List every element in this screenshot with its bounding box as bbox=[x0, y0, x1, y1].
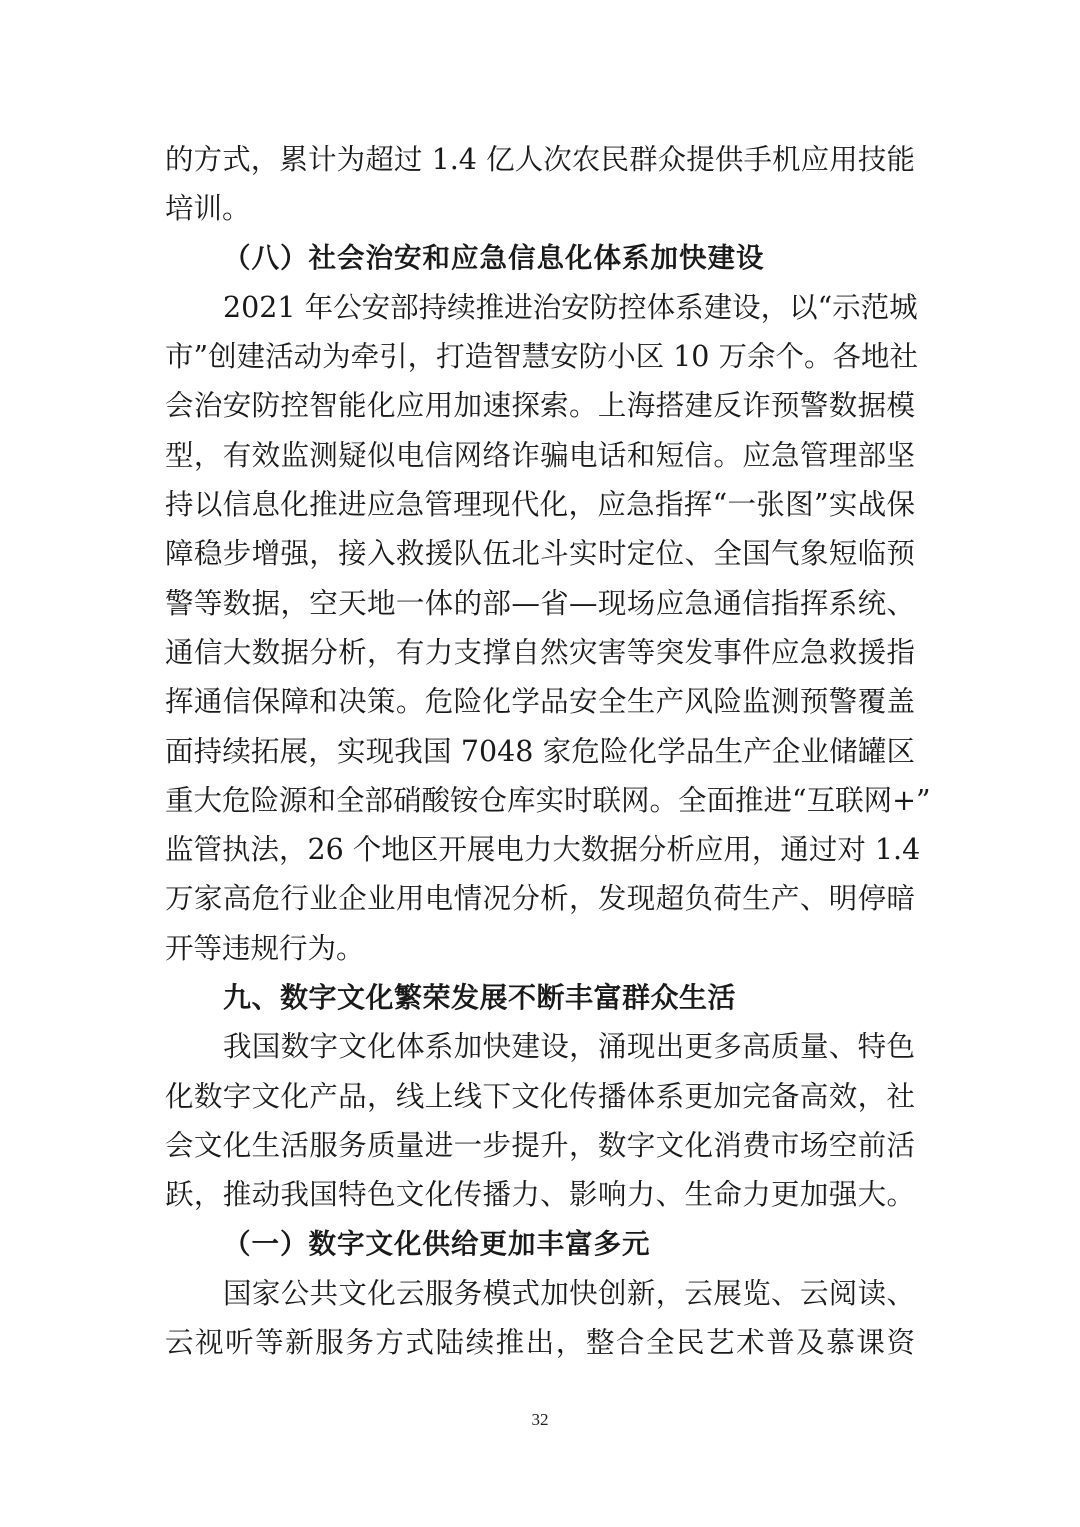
body-text-line: 障稳步增强，接入救援队伍北斗实时定位、全国气象短临预 bbox=[165, 529, 915, 578]
body-text-line: 培训。 bbox=[165, 184, 915, 233]
page-number: 32 bbox=[0, 1410, 1080, 1430]
body-text-line: 的方式，累计为超过 1.4 亿人次农民群众提供手机应用技能 bbox=[165, 135, 915, 184]
body-text-line: 型，有效监测疑似电信网络诈骗电话和短信。应急管理部坚 bbox=[165, 431, 915, 480]
body-text-line: 通信大数据分析，有力支撑自然灾害等突发事件应急救援指 bbox=[165, 628, 915, 677]
body-text-line: 开等违规行为。 bbox=[165, 924, 915, 973]
body-text-line: 挥通信保障和决策。危险化学品安全生产风险监测预警覆盖 bbox=[165, 677, 915, 726]
body-text-line: 跃，推动我国特色文化传播力、影响力、生命力更加强大。 bbox=[165, 1170, 915, 1219]
body-text-line: 持以信息化推进应急管理现代化，应急指挥“一张图”实战保 bbox=[165, 480, 915, 529]
body-text-line: 化数字文化产品，线上线下文化传播体系更加完备高效，社 bbox=[165, 1072, 915, 1121]
paragraph-first-line: 2021 年公安部持续推进治安防控体系建设，以“示范城 bbox=[165, 283, 915, 332]
body-text-line: 警等数据，空天地一体的部—省—现场应急通信指挥系统、 bbox=[165, 579, 915, 628]
body-text-line: 监管执法，26 个地区开展电力大数据分析应用，通过对 1.4 bbox=[165, 825, 915, 874]
body-text-line: 云视听等新服务方式陆续推出，整合全民艺术普及慕课资 bbox=[165, 1318, 915, 1367]
body-text-line: 面持续拓展，实现我国 7048 家危险化学品生产企业储罐区 bbox=[165, 727, 915, 776]
section-subheading: （一）数字文化供给更加丰富多元 bbox=[165, 1220, 915, 1269]
page-content: 的方式，累计为超过 1.4 亿人次农民群众提供手机应用技能 培训。 （八）社会治… bbox=[165, 135, 915, 1367]
body-text-line: 重大危险源和全部硝酸铵仓库实时联网。全面推进“互联网+” bbox=[165, 776, 915, 825]
body-text-line: 万家高危行业企业用电情况分析，发现超负荷生产、明停暗 bbox=[165, 874, 915, 923]
document-page: 的方式，累计为超过 1.4 亿人次农民群众提供手机应用技能 培训。 （八）社会治… bbox=[0, 0, 1080, 1527]
paragraph-first-line: 国家公共文化云服务模式加快创新，云展览、云阅读、 bbox=[165, 1269, 915, 1318]
section-subheading: （八）社会治安和应急信息化体系加快建设 bbox=[165, 234, 915, 283]
body-text-line: 会治安防控智能化应用加速探索。上海搭建反诈预警数据模 bbox=[165, 381, 915, 430]
body-text-line: 市”创建活动为牵引，打造智慧安防小区 10 万余个。各地社 bbox=[165, 332, 915, 381]
paragraph-first-line: 我国数字文化体系加快建设，涌现出更多高质量、特色 bbox=[165, 1022, 915, 1071]
body-text-line: 会文化生活服务质量进一步提升，数字文化消费市场空前活 bbox=[165, 1121, 915, 1170]
section-heading: 九、数字文化繁荣发展不断丰富群众生活 bbox=[165, 973, 915, 1022]
